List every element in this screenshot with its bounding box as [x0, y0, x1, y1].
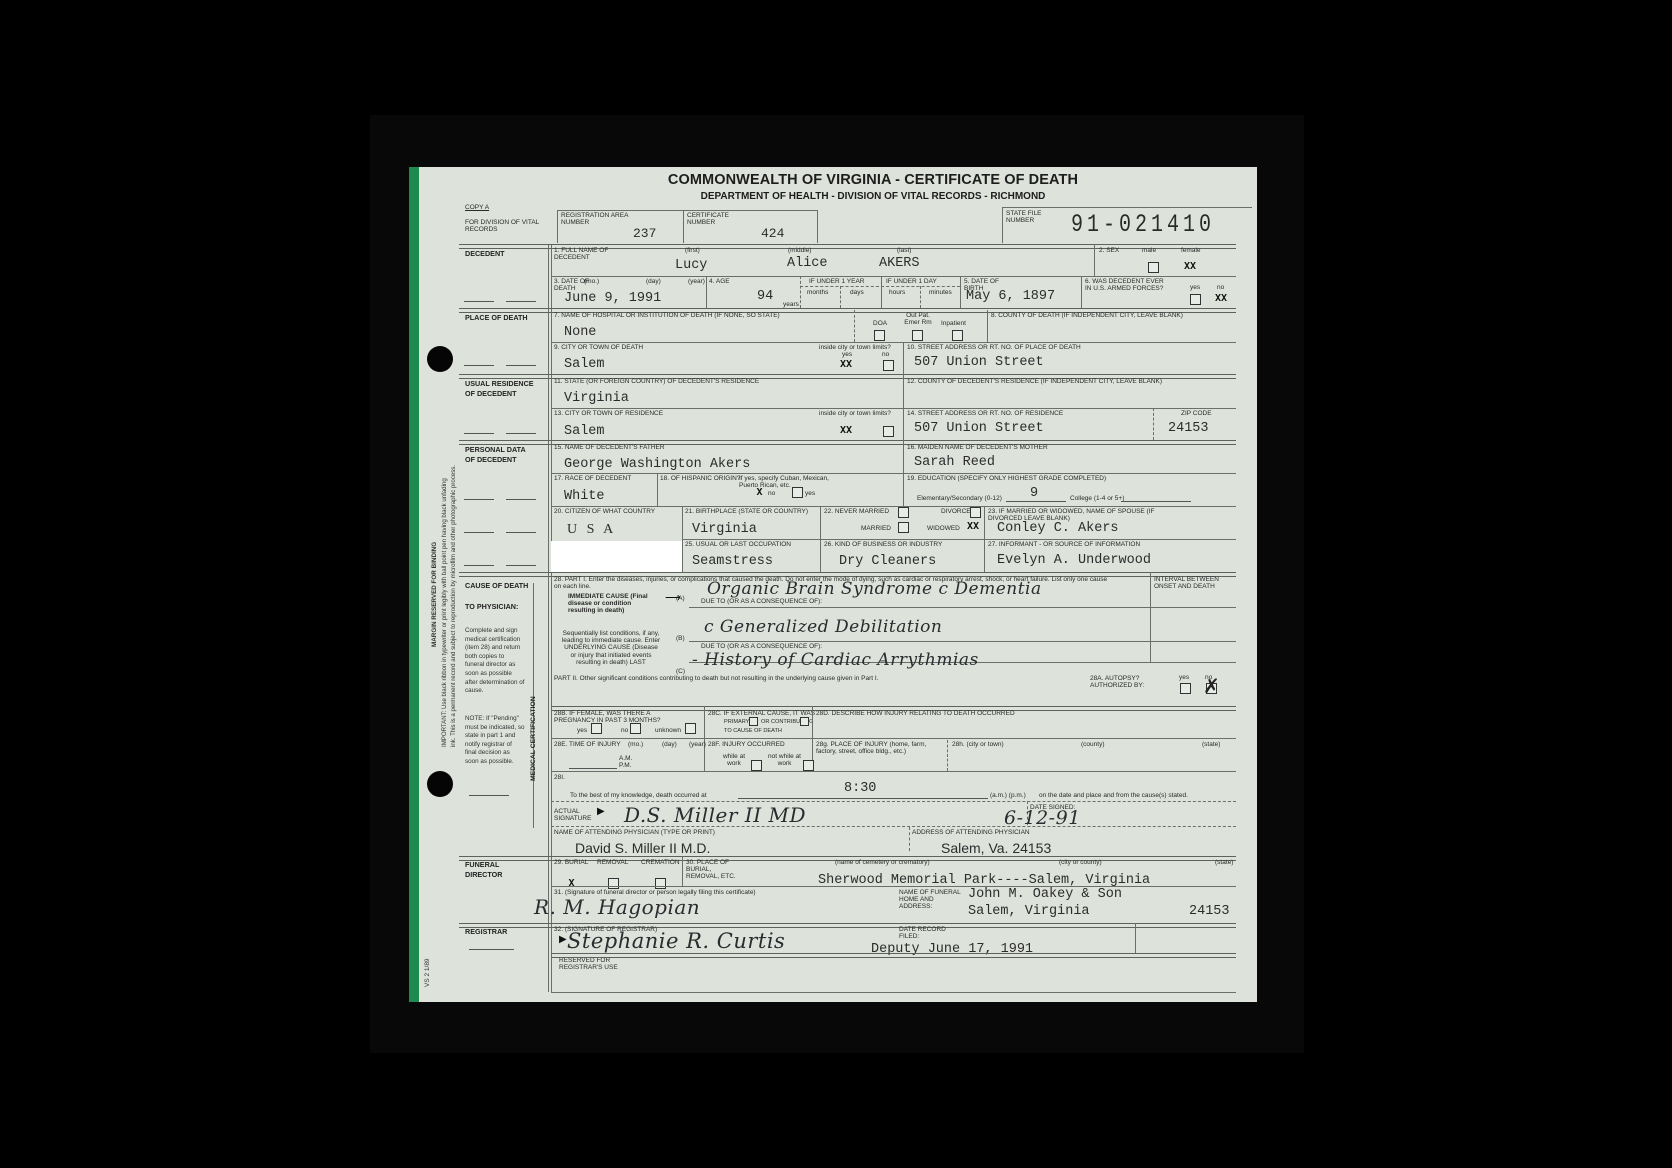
date-filed-label: DATE RECORD FILED:	[899, 926, 949, 940]
doa-label: DOA	[873, 320, 887, 327]
residence-inside-yes-marked[interactable]: XX	[840, 425, 851, 436]
first-label: (first)	[685, 247, 700, 254]
cremation-label: CREMATION	[641, 859, 680, 866]
residence-inside-no-checkbox[interactable]	[883, 426, 894, 437]
section-place-of-death: PLACE OF DEATH	[465, 313, 535, 323]
certificate-subtitle: DEPARTMENT OF HEALTH - DIVISION OF VITAL…	[489, 191, 1257, 202]
autopsy-yes-label: yes	[1179, 674, 1189, 681]
under-1-day-label: IF UNDER 1 DAY	[886, 278, 937, 285]
elementary-grade: 9	[1030, 486, 1038, 501]
section-usual-residence: USUAL RESIDENCE OF DECEDENT	[465, 379, 535, 398]
outpat-label: Out Pat. Emer Rm	[903, 312, 933, 326]
redacted-field	[551, 541, 682, 572]
street-of-death-label: 10. STREET ADDRESS OR RT. NO. OF PLACE O…	[907, 344, 1081, 351]
autopsy-yes-checkbox[interactable]	[1180, 683, 1191, 694]
certificate-header: COMMONWEALTH OF VIRGINIA - CERTIFICATE O…	[409, 172, 1257, 202]
cause-a-value: Organic Brain Syndrome c Dementia	[707, 579, 1042, 599]
pregnancy-label: 28b. IF FEMALE, WAS THERE A PREGNANCY IN…	[554, 710, 684, 724]
injury-occurred-label: 28f. INJURY OCCURRED	[708, 741, 785, 748]
cemetery-label: (name of cemetery or crematory)	[835, 859, 930, 866]
hispanic-no-label: no	[768, 490, 775, 497]
section-funeral-director: FUNERAL DIRECTOR	[465, 860, 525, 879]
pending-note: NOTE: If "Pending" must be indicated, so…	[465, 715, 525, 767]
injury-time-label: 28e. TIME OF INJURY	[554, 741, 621, 748]
funeral-director-signature: R. M. Hagopian	[534, 895, 700, 919]
last-label: (last)	[897, 247, 911, 254]
married-label: MARRIED	[861, 525, 891, 532]
father-name: George Washington Akers	[564, 457, 750, 472]
sequential-instructions: Sequentially list conditions, if any, le…	[561, 630, 661, 666]
funeral-home-zip: 24153	[1189, 904, 1230, 919]
physician-address: Salem, Va. 24153	[941, 840, 1051, 856]
decedent-middle-name: Alice	[787, 256, 828, 271]
sex-label: 2. SEX	[1099, 247, 1119, 254]
copy-label: COPY A	[465, 204, 489, 211]
pregnancy-no-label: no	[621, 727, 628, 734]
hospital-label: 7. NAME OF HOSPITAL OR INSTITUTION OF DE…	[554, 312, 780, 319]
hispanic-label: 18. OF HISPANIC ORIGIN?	[660, 475, 740, 482]
business-value: Dry Cleaners	[839, 554, 936, 569]
residence-city: Salem	[564, 424, 605, 439]
binder-hole-bottom	[427, 771, 453, 797]
medical-certification-label: MEDICAL CERTIFICATION	[529, 696, 539, 781]
informant-label: 27. INFORMANT - OR SOURCE OF INFORMATION	[988, 541, 1140, 548]
widowed-checkbox-marked[interactable]: XX	[967, 521, 978, 532]
elementary-label: Elementary/Secondary (0-12)	[917, 495, 1002, 502]
burial-city-county-label: (city or county)	[1059, 859, 1102, 866]
education-label: 19. EDUCATION (Specify only highest grad…	[907, 475, 1106, 482]
reserved-for-registrar-label: RESERVED FOR REGISTRAR'S USE	[559, 957, 619, 971]
race-value: White	[564, 489, 605, 504]
armed-no-checkbox-marked[interactable]: XX	[1215, 293, 1226, 304]
middle-label: (middle)	[788, 247, 811, 254]
citizen-value: U S A	[567, 522, 616, 538]
contributing-checkbox[interactable]	[800, 717, 809, 726]
inside-limits-no-checkbox[interactable]	[883, 360, 894, 371]
pregnancy-unknown-checkbox[interactable]	[685, 723, 696, 734]
inside-limits-yes-marked[interactable]: XX	[840, 359, 851, 370]
sex-male-checkbox[interactable]	[1148, 262, 1159, 273]
interval-label: INTERVAL BETWEEN ONSET AND DEATH	[1154, 576, 1229, 590]
injury-county-label: (county)	[1081, 741, 1104, 748]
copy-for-label: FOR DIVISION OF VITAL RECORDS	[465, 219, 540, 233]
injury-mo-label: (mo.)	[628, 741, 643, 748]
pm-label: P.M.	[619, 762, 632, 769]
binder-hole-top	[427, 346, 453, 372]
funeral-home-label: NAME OF FUNERAL HOME AND ADDRESS:	[899, 889, 964, 911]
decedent-first-name: Lucy	[675, 258, 707, 273]
to-physician-label: TO PHYSICIAN:	[465, 602, 525, 612]
hours-label: hours	[889, 289, 905, 296]
residence-city-label: 13. CITY OR TOWN OF RESIDENCE	[554, 410, 663, 417]
physician-name-label: NAME OF ATTENDING PHYSICIAN (Type or Pri…	[554, 829, 715, 836]
never-married-label: 22. NEVER MARRIED	[824, 508, 889, 515]
injury-day-label: (day)	[662, 741, 677, 748]
to-cause-label: TO CAUSE OF DEATH	[724, 728, 782, 735]
external-cause-label: 28c. IF EXTERNAL CAUSE, IT WAS	[708, 710, 815, 717]
primary-checkbox[interactable]	[749, 717, 758, 726]
inside-yes-label: yes	[842, 351, 852, 358]
birthplace-label: 21. BIRTHPLACE (state or country)	[685, 508, 808, 515]
injury-state-label: (state)	[1202, 741, 1220, 748]
injury-place-label: 28g. PLACE OF INJURY (home, farm, factor…	[816, 741, 936, 755]
section-cause-of-death: CAUSE OF DEATH	[465, 581, 528, 591]
married-checkbox[interactable]	[898, 522, 909, 533]
minutes-label: minutes	[929, 289, 952, 296]
physician-instructions: Complete and sign medical certification …	[465, 627, 525, 696]
certification-statement-end: on the date and place and from the cause…	[1039, 792, 1188, 799]
margin-binding-label: MARGIN RESERVED FOR BINDING	[431, 542, 440, 647]
zip-label: ZIP CODE	[1181, 410, 1212, 417]
residence-street: 507 Union Street	[914, 421, 1044, 436]
actual-signature-label: ACTUAL SIGNATURE	[554, 808, 589, 822]
informant-value: Evelyn A. Underwood	[997, 553, 1151, 568]
cremation-checkbox[interactable]	[655, 878, 666, 889]
certificate-number-label: CERTIFICATE NUMBER	[687, 212, 757, 226]
divorced-checkbox[interactable]	[970, 507, 981, 518]
physician-address-label: ADDRESS OF ATTENDING PHYSICIAN	[912, 829, 1030, 836]
cause-c-value: - History of Cardiac Arrythmias	[692, 650, 979, 670]
state-file-number: 91-021410	[1071, 211, 1215, 240]
while-at-work-checkbox[interactable]	[751, 760, 762, 771]
hispanic-no-marked[interactable]: X	[754, 487, 765, 498]
time-of-death: 8:30	[844, 781, 876, 796]
date-of-death: June 9, 1991	[564, 291, 661, 306]
city-of-death: Salem	[564, 357, 605, 372]
armed-yes-checkbox[interactable]	[1190, 294, 1201, 305]
autopsy-label: 28a. AUTOPSY? AUTHORIZED BY:	[1090, 675, 1170, 689]
funeral-home-name: John M. Oakey & Son	[968, 887, 1122, 902]
spouse-name: Conley C. Akers	[997, 521, 1119, 536]
registration-area-label: REGISTRATION AREA NUMBER	[561, 212, 641, 226]
armed-forces-label: 6. WAS DECEDENT EVER IN U.S. ARMED FORCE…	[1085, 278, 1170, 292]
green-binding-strip	[409, 167, 419, 1002]
under-1-year-label: IF UNDER 1 YEAR	[809, 278, 865, 285]
sex-female-checkbox-marked[interactable]: XX	[1184, 261, 1195, 272]
burial-checkbox-marked[interactable]: X	[566, 878, 577, 889]
county-of-death-label: 8. COUNTY OF DEATH (if independent city,…	[991, 312, 1183, 319]
funeral-home-city: Salem, Virginia	[968, 904, 1090, 919]
hospital-value: None	[564, 325, 596, 340]
autopsy-no-mark: ✗	[1203, 674, 1220, 698]
widowed-label: WIDOWED	[927, 525, 960, 532]
inside-limits-label: inside city or town limits?	[819, 344, 891, 351]
certificate-number: 424	[761, 226, 784, 241]
arrow-pointer-icon: ▶	[597, 806, 605, 817]
registrar-arrow-icon: ▶	[559, 934, 567, 945]
injury-year-label: (year)	[689, 741, 706, 748]
form-code: VS 2 1/89	[424, 958, 433, 987]
cause-b-marker: (B)	[676, 635, 685, 642]
college-label: College (1-4 or 5+)	[1070, 495, 1124, 502]
registration-area-number: 237	[633, 226, 656, 241]
age-years: 94	[757, 289, 773, 304]
primary-label: PRIMARY	[724, 719, 749, 726]
occupation-value: Seamstress	[692, 554, 773, 569]
certificate-title: COMMONWEALTH OF VIRGINIA - CERTIFICATE O…	[489, 172, 1257, 188]
certification-statement: To the best of my knowledge, death occur…	[570, 792, 707, 799]
death-certificate: MARGIN RESERVED FOR BINDING IMPORTANT: U…	[409, 167, 1257, 1002]
pregnancy-no-checkbox[interactable]	[630, 723, 641, 734]
armed-yes-label: yes	[1190, 284, 1200, 291]
mother-label: 16. MAIDEN NAME OF DECEDENT'S MOTHER	[907, 444, 1048, 451]
certification-num: 28i.	[554, 774, 565, 781]
citizen-label: 20. CITIZEN OF WHAT COUNTRY	[554, 508, 655, 515]
cause-a-marker: (A)	[676, 595, 685, 602]
day-label: (day)	[646, 278, 661, 285]
margin-important-line1: IMPORTANT: Use black ribbon in typewrite…	[441, 478, 450, 747]
residence-state-label: 11. STATE (OR FOREIGN COUNTRY) OF DECEDE…	[554, 378, 759, 385]
section-registrar: REGISTRAR	[465, 927, 507, 937]
injury-how-label: 28d. DESCRIBE HOW INJURY RELATING TO DEA…	[816, 710, 1015, 717]
birthplace-value: Virginia	[692, 522, 757, 537]
father-label: 15. NAME OF DECEDENT'S FATHER	[554, 444, 665, 451]
mother-maiden-name: Sarah Reed	[914, 455, 995, 470]
registrar-signature: Stephanie R. Curtis	[567, 929, 785, 953]
decedent-last-name: AKERS	[879, 256, 920, 271]
burial-state-label: (state)	[1215, 859, 1233, 866]
margin-important-line2: ink. This is a permanent record and subj…	[450, 465, 459, 747]
injury-city-label: 28h. (city or town)	[952, 741, 1004, 748]
residence-zip: 24153	[1168, 421, 1209, 436]
residence-inside-limits-label: inside city or town limits?	[819, 410, 891, 417]
burial-label: 29. BURIAL	[554, 859, 588, 866]
section-decedent: DECEDENT	[465, 249, 505, 259]
while-at-work-label: while at work	[719, 753, 749, 767]
not-while-at-work-checkbox[interactable]	[803, 760, 814, 771]
residence-street-label: 14. STREET ADDRESS OR RT. NO. OF RESIDEN…	[907, 410, 1063, 417]
male-label: male	[1142, 247, 1156, 254]
pregnancy-yes-label: yes	[577, 727, 587, 734]
street-of-death: 507 Union Street	[914, 355, 1044, 370]
hispanic-yes-label: yes	[805, 490, 815, 497]
am-pm-label: (a.m.) (p.m.)	[990, 792, 1026, 799]
full-name-label: 1. FULL NAME OF DECEDENT	[554, 247, 634, 261]
hispanic-yes-checkbox[interactable]	[792, 487, 803, 498]
age-label: 4. AGE	[709, 278, 730, 285]
pregnancy-unknown-label: unknown	[655, 727, 681, 734]
race-label: 17. RACE OF DECEDENT	[554, 475, 631, 482]
due-to-a-label: DUE TO (OR AS A CONSEQUENCE OF):	[701, 598, 822, 605]
immediate-cause-label: IMMEDIATE CAUSE (Final disease or condit…	[568, 593, 658, 615]
pregnancy-yes-checkbox[interactable]	[591, 723, 602, 734]
physician-name: David S. Miller II M.D.	[575, 840, 710, 856]
occupation-label: 25. USUAL OR LAST OCCUPATION	[685, 541, 791, 548]
days-label: days	[850, 289, 864, 296]
not-while-at-work-label: not while at work	[767, 753, 802, 767]
section-personal-data: PERSONAL DATA OF DECEDENT	[465, 445, 535, 464]
inpatient-label: Inpatient	[941, 320, 966, 327]
inside-no-label: no	[882, 351, 889, 358]
city-of-death-label: 9. CITY OR TOWN OF DEATH	[554, 344, 643, 351]
physician-signature: D.S. Miller II MD	[624, 803, 806, 827]
doa-checkbox[interactable]	[874, 330, 885, 341]
part2-label: PART II. Other significant conditions co…	[554, 675, 878, 682]
never-married-checkbox[interactable]	[898, 507, 909, 518]
residence-county-label: 12. COUNTY OF DECEDENT'S RESIDENCE (if i…	[907, 378, 1162, 385]
removal-label: REMOVAL	[597, 859, 628, 866]
inpatient-checkbox[interactable]	[952, 330, 963, 341]
armed-no-label: no	[1217, 284, 1224, 291]
date-of-birth: May 6, 1897	[966, 289, 1055, 304]
removal-checkbox[interactable]	[608, 878, 619, 889]
year-label: (year)	[688, 278, 705, 285]
female-label: female	[1181, 247, 1201, 254]
cause-b-value: c Generalized Debilitation	[704, 617, 942, 637]
mo-label: (mo.)	[584, 278, 599, 285]
business-label: 26. KIND OF BUSINESS OR INDUSTRY	[824, 541, 942, 548]
months-label: months	[807, 289, 828, 296]
burial-place-label: 30. PLACE OF BURIAL, REMOVAL, ETC.	[686, 859, 746, 881]
state-file-label: STATE FILE NUMBER	[1006, 210, 1056, 224]
outpat-checkbox[interactable]	[912, 330, 923, 341]
residence-state: Virginia	[564, 391, 629, 406]
